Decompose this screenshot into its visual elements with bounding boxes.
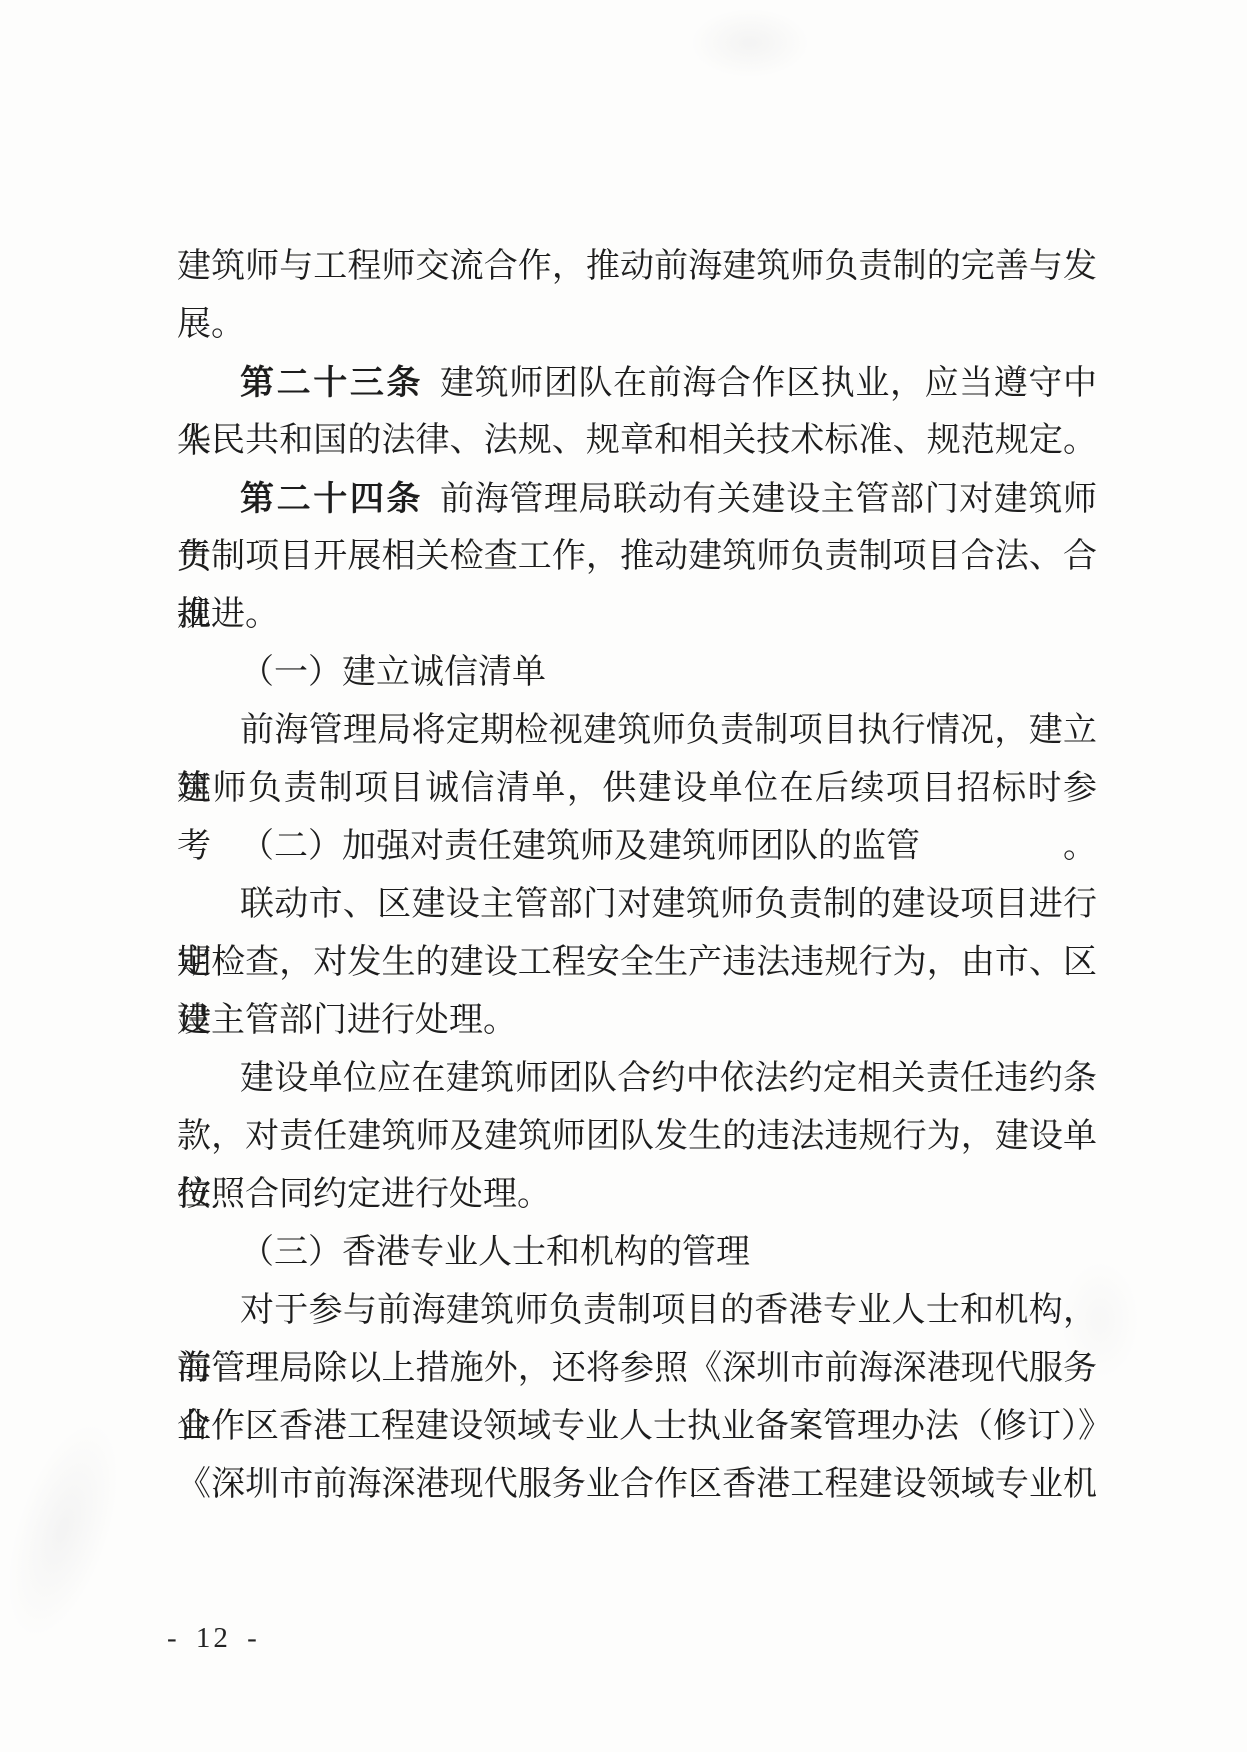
article-line: 第二十四条前海管理局联动有关建设主管部门对建筑师负 [177,470,1097,528]
document-page: 建筑师与工程师交流合作，推动前海建筑师负责制的完善与发展。第二十三条建筑师团队在… [0,0,1247,1752]
line-text: （二）加强对责任建筑师及建筑师团队的监管 [240,828,920,865]
text-line: 推进。 [177,586,1097,644]
text-line: 责制项目开展相关检查工作，推动建筑师负责制项目合法、合规 [177,528,1097,586]
article-number: 第二十四条 [240,480,423,518]
line-text: 建筑师与工程师交流合作，推动前海建筑师负责制的完善与发 [177,248,1097,285]
text-line: 联动市、区建设主管部门对建筑师负责制的建设项目进行定 [177,876,1097,934]
line-text: （三）香港专业人士和机构的管理 [240,1234,750,1271]
line-text: 展。 [177,306,245,343]
text-line: （三）香港专业人士和机构的管理 [177,1224,1097,1282]
document-body: 建筑师与工程师交流合作，推动前海建筑师负责制的完善与发展。第二十三条建筑师团队在… [177,238,1097,1514]
text-line: 《深圳市前海深港现代服务业合作区香港工程建设领域专业机 [177,1456,1097,1514]
text-line: 款，对责任建筑师及建筑师团队发生的违法违规行为，建设单位 [177,1108,1097,1166]
text-line: （一）建立诚信清单 [177,644,1097,702]
scan-smudge [0,1411,140,1648]
text-line: 设主管部门进行处理。 [177,992,1097,1050]
line-text: 设主管部门进行处理。 [177,1002,517,1039]
text-line: 筑师负责制项目诚信清单，供建设单位在后续项目招标时参考。 [177,760,1097,818]
line-text: 建设单位应在建筑师团队合约中依法约定相关责任违约条 [240,1060,1097,1097]
text-line: 合作区香港工程建设领域专业人士执业备案管理办法（修订）》 [177,1398,1097,1456]
line-text: 推进。 [177,596,279,633]
text-line: 人民共和国的法律、法规、规章和相关技术标准、规范规定。 [177,412,1097,470]
text-line: 按照合同约定进行处理。 [177,1166,1097,1224]
line-text: （一）建立诚信清单 [240,654,546,691]
text-line: 对于参与前海建筑师负责制项目的香港专业人士和机构，前 [177,1282,1097,1340]
page-number: - 12 - [167,1622,260,1655]
text-line: 展。 [177,296,1097,354]
text-line: 前海管理局将定期检视建筑师负责制项目执行情况，建立建 [177,702,1097,760]
text-line: 海管理局除以上措施外，还将参照《深圳市前海深港现代服务业 [177,1340,1097,1398]
scan-smudge [690,8,810,78]
article-line: 第二十三条建筑师团队在前海合作区执业，应当遵守中华 [177,354,1097,412]
text-line: 期检查，对发生的建设工程安全生产违法违规行为，由市、区建 [177,934,1097,992]
line-text: 按照合同约定进行处理。 [177,1176,551,1213]
text-line: 建设单位应在建筑师团队合约中依法约定相关责任违约条 [177,1050,1097,1108]
line-text: 合作区香港工程建设领域专业人士执业备案管理办法（修订）》 [177,1408,1112,1445]
article-number: 第二十三条 [240,364,423,402]
line-text: 人民共和国的法律、法规、规章和相关技术标准、规范规定。 [177,422,1097,459]
line-text: 《深圳市前海深港现代服务业合作区香港工程建设领域专业机 [177,1466,1097,1503]
text-line: 建筑师与工程师交流合作，推动前海建筑师负责制的完善与发 [177,238,1097,296]
